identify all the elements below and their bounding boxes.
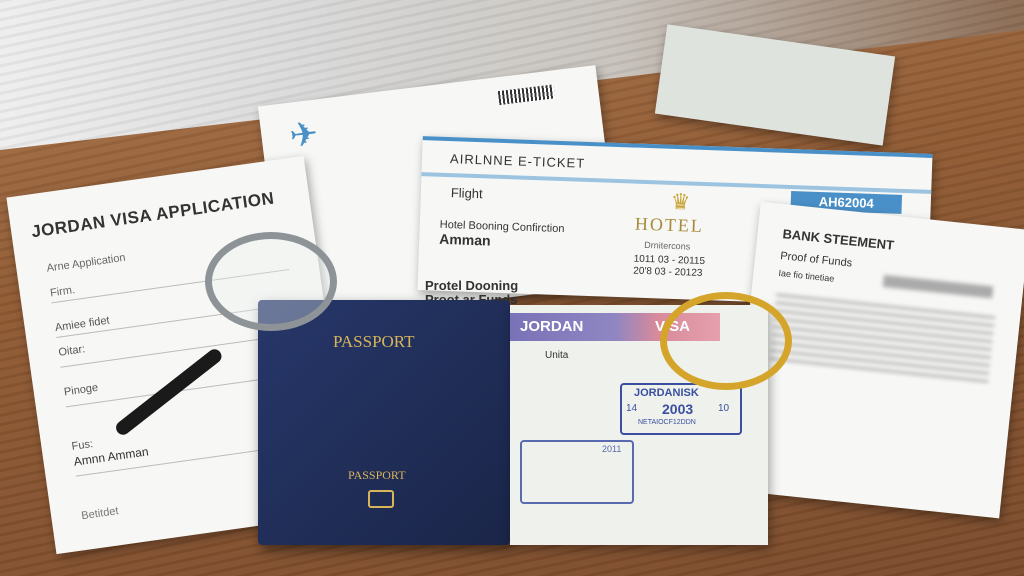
ticket-header: AIRLNNE E-TICKET [450, 151, 586, 171]
field-label: Oitar: [58, 343, 86, 359]
visa-sub: Unita [545, 350, 568, 361]
hotel-logo: HOTEL [635, 214, 705, 237]
passport-cover: PASSPORT PASSPORT [258, 300, 510, 545]
visa-band-left: JORDAN [520, 318, 583, 335]
field-label: Fus: [71, 438, 94, 453]
city: Amman [439, 231, 491, 249]
sub-heading: Protel Dooning [425, 278, 518, 293]
chip-icon [368, 490, 394, 508]
date: 20'8 03 - 20123 [633, 266, 703, 279]
exit-stamp: 2011 [520, 440, 634, 504]
bank-subtitle: Proof of Funds [780, 250, 853, 269]
field-label: Firm. [49, 284, 75, 299]
stamp-title: JORDANISK [634, 387, 699, 399]
bank-title: BANK STEEMENT [782, 226, 895, 253]
field-label: Arne Application [46, 252, 126, 275]
field-label: Pinoge [63, 382, 99, 399]
bank-label: Iae fio tinetiae [778, 268, 835, 284]
passport-bottom-label: PASSPORT [348, 468, 406, 483]
stamp-year: 2011 [602, 444, 621, 454]
form-footer: Betitdet [81, 505, 120, 522]
stamp-right: 10 [718, 403, 729, 414]
hotel-sub: Drnitercons [644, 240, 690, 252]
form-title: JORDAN VISA APPLICATION [30, 188, 276, 242]
crown-icon: ♛ [670, 189, 691, 216]
flight-label: Flight [451, 185, 483, 201]
barcode [498, 84, 555, 105]
entry-stamp: JORDANISK 14 2003 10 NETAIOCF12DDN [620, 383, 742, 435]
airplane-icon: ✈ [287, 114, 320, 157]
gold-ring [660, 292, 792, 390]
stamp-left: 14 [626, 403, 637, 414]
stamp-number: 2003 [662, 401, 693, 417]
magnifying-glass [205, 232, 337, 331]
passport-title: PASSPORT [333, 332, 415, 352]
stamp-bottom: NETAIOCF12DDN [638, 419, 696, 426]
